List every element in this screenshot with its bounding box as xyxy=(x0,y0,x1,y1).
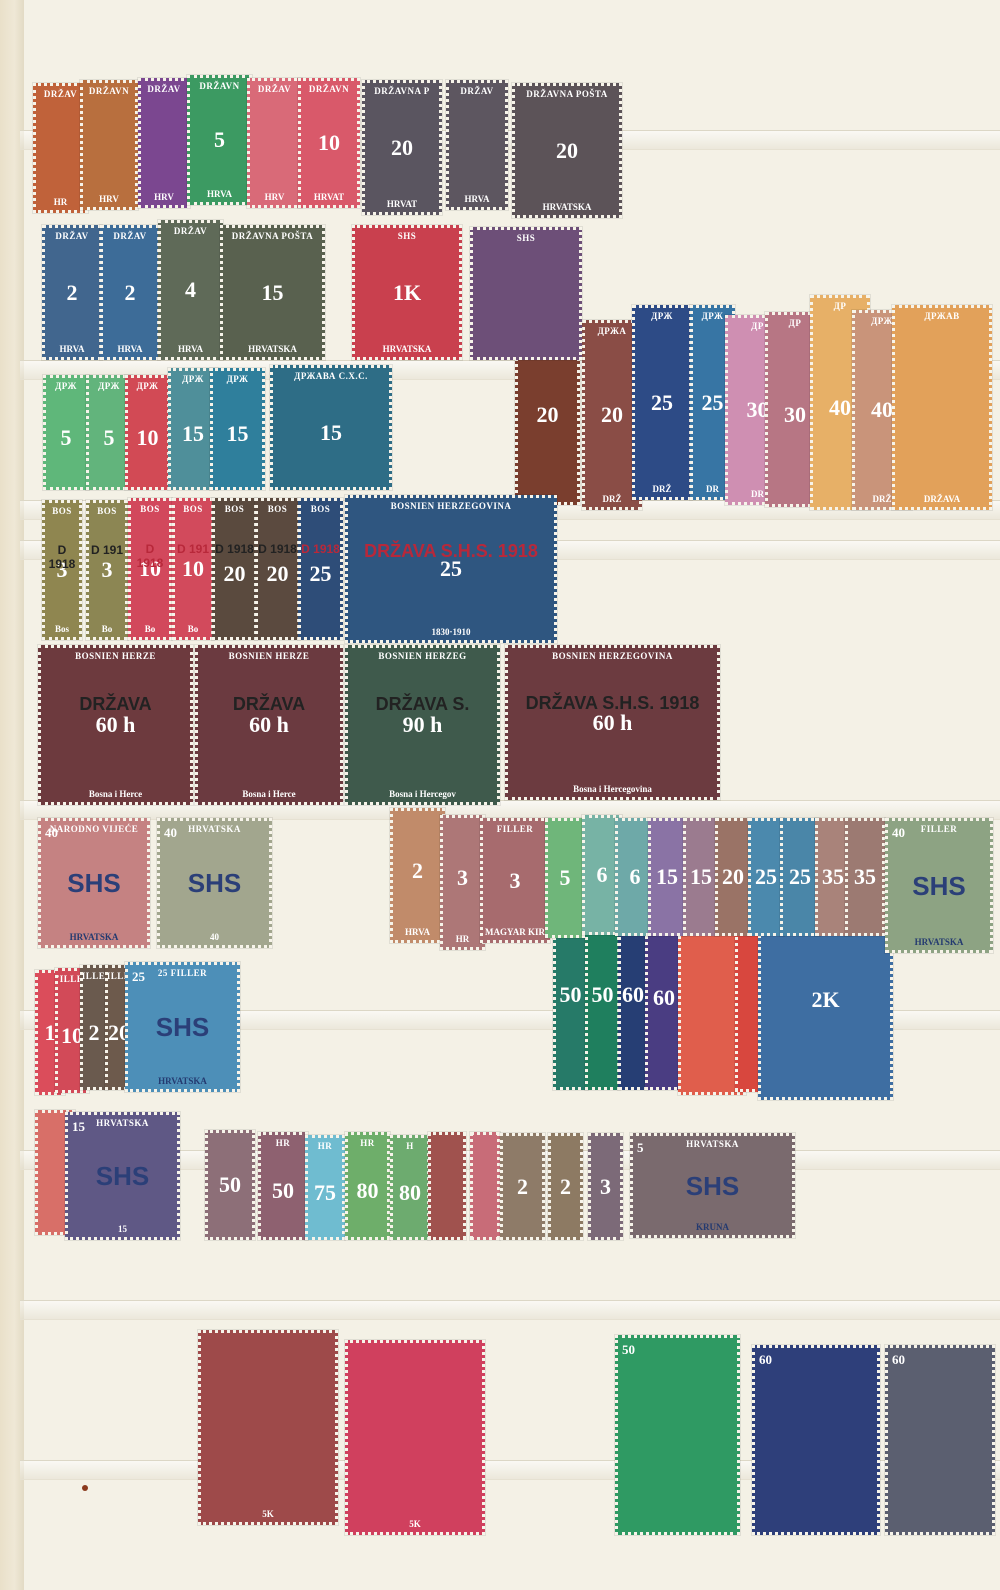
stamp-top-text: DRŽAVN xyxy=(309,81,349,94)
stamp: 25 FILLERSHSHRVATSKA25 xyxy=(125,962,240,1092)
stamp: 15 xyxy=(683,818,719,936)
stamp-top-text: HRVATSKA xyxy=(188,821,241,834)
stamp-top-text: ДРЖ xyxy=(651,308,673,321)
stamp-value: 50 xyxy=(560,984,582,1006)
stamp-bottom-text: Bosna i Hercegov xyxy=(389,789,456,802)
stamp-top-text: BOS xyxy=(52,503,72,516)
stamp-bottom-text: Bosna i Herce xyxy=(89,789,142,802)
stamp-top-text: BOS xyxy=(268,501,288,514)
stamp-top-text: DRŽAVNA POŠTA xyxy=(526,86,607,99)
stamp-top-text: ДРЖ xyxy=(137,378,159,391)
stamp-bottom-text: Bo xyxy=(188,624,199,637)
stamp-top-text: NARODNO VIJEĆE xyxy=(50,821,139,834)
stamp-value: SHS xyxy=(156,1014,209,1040)
stamp-value: 5 xyxy=(560,867,571,889)
stamp-top-text: DRŽAV xyxy=(44,86,77,99)
stamp: DRŽAVNA P20HRVAT xyxy=(362,80,442,215)
stamp: BOS10BoD 191 xyxy=(172,498,214,640)
stamp-bottom-text: HRVATSKA xyxy=(543,202,592,215)
stamp-value: 60 h xyxy=(96,714,136,736)
stamp-value: 1K xyxy=(393,282,421,304)
stamp-bottom-text: DR xyxy=(751,489,764,502)
stamp-value: 25 xyxy=(310,563,332,585)
stamp-top-text: ДРЖАВ xyxy=(924,308,959,321)
stamp-value: 30 xyxy=(784,404,806,426)
stamp: DRŽAVN10HRVAT xyxy=(298,78,360,208)
stamp-top-text: BOSNIEN HERZE xyxy=(229,648,310,661)
stamp-value: 2 xyxy=(89,1022,100,1044)
stamp: 60 xyxy=(752,1345,880,1535)
stamp: NARODNO VIJEĆESHSHRVATSKA40 xyxy=(38,818,150,948)
stamp-bottom-text: Bos xyxy=(55,624,69,637)
stamp-bottom-text: HRVA xyxy=(405,927,430,940)
stamp-top-text: BOS xyxy=(311,501,331,514)
stamp-overprint: D 1918 xyxy=(258,542,297,556)
stamp: 2 xyxy=(500,1133,545,1240)
stamp-top-text: BOSNIEN HERZEGOVINA xyxy=(391,498,512,511)
stamp-top-text: HR xyxy=(318,1138,333,1151)
stamp-bottom-text: HRVA xyxy=(59,344,84,357)
stamp: BOSNIEN HERZEGOVINA60 hBosna i Hercegovi… xyxy=(505,645,720,800)
stamp-overprint: DRŽAVA xyxy=(41,694,190,715)
album-binding-edge xyxy=(0,0,24,1590)
stamp: DRŽAVN5HRVA xyxy=(187,75,252,205)
stamp: 15 xyxy=(648,818,686,936)
stamp-corner-value: 60 xyxy=(892,1352,905,1368)
stamp: 50 xyxy=(205,1130,255,1240)
stamp: HR50 xyxy=(258,1132,308,1240)
stamp-value: 80 xyxy=(399,1182,421,1204)
stamp-bottom-text: DRŽ xyxy=(872,494,891,507)
stamp-value: 75 xyxy=(314,1182,336,1204)
stamp-value: 2 xyxy=(67,282,78,304)
stamp-value: 10 xyxy=(137,427,159,449)
stamp: ДРЖ15 xyxy=(210,368,265,490)
stamp-bottom-text: 1830·1910 xyxy=(431,627,470,640)
stamp-top-text: FILLER xyxy=(497,821,534,834)
stamp-top-text: DRŽAVN xyxy=(199,78,239,91)
stamp-value: 10 xyxy=(182,558,204,580)
stamp-bottom-text: HR xyxy=(456,934,470,947)
stamp: HRVATSKASHS4040 xyxy=(157,818,272,948)
stamp-bottom-text: Bo xyxy=(102,624,113,637)
stamp-top-text: DRŽAVNA P xyxy=(374,83,430,96)
stamp: 2 xyxy=(548,1133,583,1240)
stamp: BOS20D 1918 xyxy=(255,498,300,640)
stamp-value: 40 xyxy=(829,397,851,419)
stamp-value: 60 xyxy=(622,984,644,1006)
stamp-overprint: D 1918 xyxy=(131,542,169,570)
stamp-top-text: HRVATSKA xyxy=(686,1136,739,1149)
stamp-top-text: 25 FILLER xyxy=(158,965,207,978)
stamp-corner-value: 25 xyxy=(132,969,145,985)
stamp-bottom-text: HRV xyxy=(154,192,174,205)
stamp-value: 40 xyxy=(871,399,893,421)
stamp xyxy=(470,1132,500,1240)
stamp-top-text: BOS xyxy=(140,501,160,514)
stamp-value: SHS xyxy=(96,1163,149,1189)
stamp-value: 15 xyxy=(320,422,342,444)
stamp: ДРЖ5 xyxy=(43,375,89,490)
stamp-value: 4 xyxy=(185,279,196,301)
stamp-top-text: ДРЖ xyxy=(227,371,249,384)
stamp: ДРЖ25DRŽ xyxy=(632,305,692,500)
stamp-bottom-text: HRV xyxy=(265,192,285,205)
stamp: BOSNIEN HERZE60 hBosna i HerceDRŽAVA xyxy=(195,645,343,805)
stamp-bottom-text: HRVATSKA xyxy=(915,937,964,950)
stamp-bottom-text: 40 xyxy=(210,932,219,945)
stamp-top-text: DRŽAVNA POŠTA xyxy=(232,228,313,241)
stamp-value: 20 xyxy=(224,563,246,585)
stamp: HR75 xyxy=(305,1135,345,1240)
stamp-top-text: FILLER xyxy=(921,821,958,834)
stamp-value: 25 xyxy=(702,392,724,414)
stamp-value: 5 xyxy=(214,129,225,151)
stamp-value: 3 xyxy=(600,1176,611,1198)
stamp: BOSNIEN HERZE60 hBosna i HerceDRŽAVA xyxy=(38,645,193,805)
stamp-value: 2 xyxy=(125,282,136,304)
stamp-value: 25 xyxy=(789,866,811,888)
stamp-top-text: BOS xyxy=(97,503,117,516)
stamp: HRVATSKASHS1515 xyxy=(65,1112,180,1240)
stamp-overprint: DRŽAVA S. xyxy=(348,694,497,715)
stamp-value: 5 xyxy=(61,427,72,449)
stamp-value: 20 xyxy=(601,404,623,426)
stamp xyxy=(428,1132,466,1240)
stamp-bottom-text: Bosna i Herce xyxy=(242,789,295,802)
stamp: 5 xyxy=(545,818,585,938)
stamp: 5K xyxy=(198,1330,338,1525)
stamp-value: SHS xyxy=(912,873,965,899)
stamp: 3HR xyxy=(440,815,485,950)
stamp: HR80 xyxy=(345,1132,390,1240)
stamp-bottom-text: Bo xyxy=(145,624,156,637)
stamp: 20 xyxy=(715,818,751,936)
stamp: ДРЖ10 xyxy=(125,375,170,490)
stamp-corner-value: 40 xyxy=(892,825,905,841)
stamp: 2HRVA xyxy=(390,808,445,943)
stamp: DRŽAV2HRVA xyxy=(100,225,160,360)
stamp-bottom-text: HRVATSKA xyxy=(248,344,297,357)
stamp-value: 60 xyxy=(653,987,675,1009)
stamp-bottom-text: MAGYAR KIR xyxy=(485,927,545,940)
stamp-top-text: DRŽAV xyxy=(174,223,207,236)
stamp: DRŽAV4HRVA xyxy=(158,220,223,360)
stamp-corner-value: 5 xyxy=(637,1140,644,1156)
stamp-overprint: D 1918 xyxy=(45,543,79,571)
stamp-value: 15 xyxy=(262,282,284,304)
stamp-bottom-text: HRVA xyxy=(464,194,489,207)
stamp: BOS25D 1918 xyxy=(298,498,343,640)
stamp-top-text: ДРЖ xyxy=(55,378,77,391)
stamp-value: 25 xyxy=(755,866,777,888)
stamp-value: 20 xyxy=(391,137,413,159)
stamp: BOS20D 1918 xyxy=(212,498,257,640)
stamp-value: 20 xyxy=(537,404,559,426)
stamp-overprint: D 191 xyxy=(175,542,211,556)
stamp-value: 6 xyxy=(597,864,608,886)
stamp-value: 10 xyxy=(318,132,340,154)
album-strip xyxy=(20,1300,1000,1320)
stamp-value: SHS xyxy=(188,870,241,896)
stamp-top-text: ДРЖ xyxy=(871,313,893,326)
stamp-top-text: DRŽAV xyxy=(147,81,180,94)
stamp-value: 6 xyxy=(630,866,641,888)
ink-spot xyxy=(82,1485,88,1491)
stamp-value: 2 xyxy=(560,1176,571,1198)
stamp-value: 20 xyxy=(556,140,578,162)
stamp-overprint: D 191 xyxy=(89,543,125,557)
stamp-top-text: BOS xyxy=(183,501,203,514)
stamp-top-text: H xyxy=(406,1138,414,1151)
stamp-top-text: HRVATSKA xyxy=(96,1115,149,1128)
stamp: BOS10BoD 1918 xyxy=(128,498,172,640)
stamp-top-text: ДРЖА xyxy=(598,323,627,336)
stamp-bottom-text: Bosna i Hercegovina xyxy=(573,784,652,797)
stamp-top-text: ДР xyxy=(751,318,764,331)
stamp-top-text: BOS xyxy=(225,501,245,514)
stamp-top-text: SHS xyxy=(398,228,417,241)
stamp-value: 50 xyxy=(219,1174,241,1196)
stamp: DRŽAVNA POŠTA20HRVATSKA xyxy=(512,83,622,218)
stamp-value: 15 xyxy=(656,866,678,888)
stamp-bottom-text: HR xyxy=(54,197,68,210)
stamp: 25 xyxy=(748,818,784,936)
stamp: FILLER2 xyxy=(80,965,108,1090)
stamp-top-text: SHS xyxy=(517,230,536,243)
stamp-value: 3 xyxy=(510,870,521,892)
stamp-value: 20 xyxy=(267,563,289,585)
stamp: FILLER3MAGYAR KIR xyxy=(480,818,550,943)
stamp-bottom-text: KRUNA xyxy=(696,1222,729,1235)
stamp: SHS xyxy=(470,227,582,360)
stamp-top-text: FILLER xyxy=(80,968,108,981)
stamp: BOSNIEN HERZEG90 hBosna i HercegovDRŽAVA… xyxy=(345,645,500,805)
stamp-top-text: DRŽAV xyxy=(258,81,291,94)
stamp-bottom-text: DRŽAVA xyxy=(924,494,960,507)
stamp-top-text: ДРЖАВА С.Х.С. xyxy=(294,368,368,381)
stamp: 60 xyxy=(885,1345,995,1535)
stamp-value: SHS xyxy=(686,1173,739,1199)
stamp: SHS1KHRVATSKA xyxy=(352,225,462,360)
stamp-top-text: DRŽAVN xyxy=(89,83,129,96)
stamp-overprint: DRŽAVA xyxy=(198,694,340,715)
stamp-overprint: DRŽAVA S.H.S. 1918 xyxy=(348,541,554,562)
stamp-value: 80 xyxy=(357,1180,379,1202)
stamp: DRŽAVHRV xyxy=(247,78,302,208)
stamp: 3 xyxy=(588,1133,623,1240)
stamp-value: 90 h xyxy=(403,714,443,736)
stamp-value: 50 xyxy=(592,984,614,1006)
stamp-top-text: BOSNIEN HERZEGOVINA xyxy=(552,648,673,661)
stamp-value: 5 xyxy=(104,427,115,449)
stamp-bottom-text: HRV xyxy=(99,194,119,207)
stamp: ДРЖАВDRŽAVA xyxy=(892,305,992,510)
stamp-bottom-text: HRVAT xyxy=(314,192,344,205)
stamp: 35 xyxy=(845,818,885,936)
stamp-corner-value: 15 xyxy=(72,1119,85,1135)
stamp: FILLERSHSHRVATSKA40 xyxy=(885,818,993,953)
stamp-top-text: DRŽAV xyxy=(55,228,88,241)
stamp-bottom-text: 15 xyxy=(118,1224,127,1237)
stamp-value: 2 xyxy=(517,1176,528,1198)
stamp-top-text: ДР xyxy=(789,315,802,328)
stamp: 50 xyxy=(615,1335,740,1535)
stamp-value: 15 xyxy=(227,423,249,445)
stamp-top-text: BOSNIEN HERZE xyxy=(75,648,156,661)
stamp: DRŽAVHRV xyxy=(138,78,190,208)
stamp-top-text: ДР xyxy=(834,298,847,311)
stamp: BOSNIEN HERZEGOVINA251830·1910DRŽAVA S.H… xyxy=(345,495,557,643)
stamp-value: 35 xyxy=(854,866,876,888)
stamp: ДРЖАВА С.Х.С.15 xyxy=(270,365,392,490)
stamp-bottom-text: DR xyxy=(706,484,719,497)
stamp: H80 xyxy=(390,1135,430,1240)
stamp-bottom-text: DRŽ xyxy=(602,494,621,507)
stamp: DRŽAV2HRVA xyxy=(42,225,102,360)
stamp-corner-value: 60 xyxy=(759,1352,772,1368)
stamp-value: 50 xyxy=(272,1180,294,1202)
stamp-value: 3 xyxy=(457,867,468,889)
stamp-bottom-text: HRVATSKA xyxy=(158,1076,207,1089)
stamp-top-text: HR xyxy=(276,1135,291,1148)
stamp-bottom-text: HRVA xyxy=(117,344,142,357)
stamp-value: 2 xyxy=(412,860,423,882)
stamp-top-text: DRŽAV xyxy=(113,228,146,241)
stamp-value: 15 xyxy=(182,423,204,445)
stamp-value: 15 xyxy=(690,866,712,888)
stamp: DRŽAVHRVA xyxy=(446,80,508,210)
stamp-value: 20 xyxy=(722,866,744,888)
stamp-bottom-text: 5K xyxy=(409,1519,421,1532)
stamp-bottom-text: HRVA xyxy=(207,189,232,202)
stamp-bottom-text: DRŽ xyxy=(652,484,671,497)
stamp-corner-value: 50 xyxy=(622,1342,635,1358)
stamp-top-text: ДРЖ xyxy=(98,378,120,391)
stamp-top-text: ДРЖ xyxy=(702,308,724,321)
stamp: BOS3BoD 191 xyxy=(86,500,128,640)
stamp-bottom-text: HRVA xyxy=(178,344,203,357)
stamp: DRŽAVNA POŠTA15HRVATSKA xyxy=(220,225,325,360)
stamp-overprint: D 1918 xyxy=(301,542,340,556)
stamp-corner-value: 40 xyxy=(164,825,177,841)
stamp: 5K xyxy=(345,1340,485,1535)
stamp: HRVATSKASHSKRUNA5 xyxy=(630,1133,795,1238)
stamp: 25 xyxy=(780,818,820,936)
stamp-value: 60 h xyxy=(249,714,289,736)
stamp-value: 1 xyxy=(45,1022,56,1044)
stamp-top-text: HR xyxy=(360,1135,375,1148)
stamp-top-text: ДРЖ xyxy=(182,371,204,384)
stamp-value: 3 xyxy=(102,559,113,581)
stamp-overprint: D 1918 xyxy=(215,542,254,556)
stamp-bottom-text: HRVATSKA xyxy=(70,932,119,945)
stamp-value: 60 h xyxy=(593,712,633,734)
stamp-top-text: DRŽAV xyxy=(460,83,493,96)
stamp: BOS3BosD 1918 xyxy=(42,500,82,640)
stamp-value: 35 xyxy=(822,866,844,888)
stamp: DRŽAVNHRV xyxy=(80,80,138,210)
stamp-bottom-text: HRVAT xyxy=(387,199,417,212)
stamp-top-text: BOSNIEN HERZEG xyxy=(378,648,466,661)
stamp-overprint: DRŽAVA S.H.S. 1918 xyxy=(508,693,717,714)
stamp-value: SHS xyxy=(67,870,120,896)
stamp-bottom-text: HRVATSKA xyxy=(383,344,432,357)
stamp-corner-value: 40 xyxy=(45,825,58,841)
stamp-value: 2K xyxy=(811,989,839,1011)
stamp-value: 25 xyxy=(651,392,673,414)
stamp-bottom-text: 5K xyxy=(262,1509,274,1522)
